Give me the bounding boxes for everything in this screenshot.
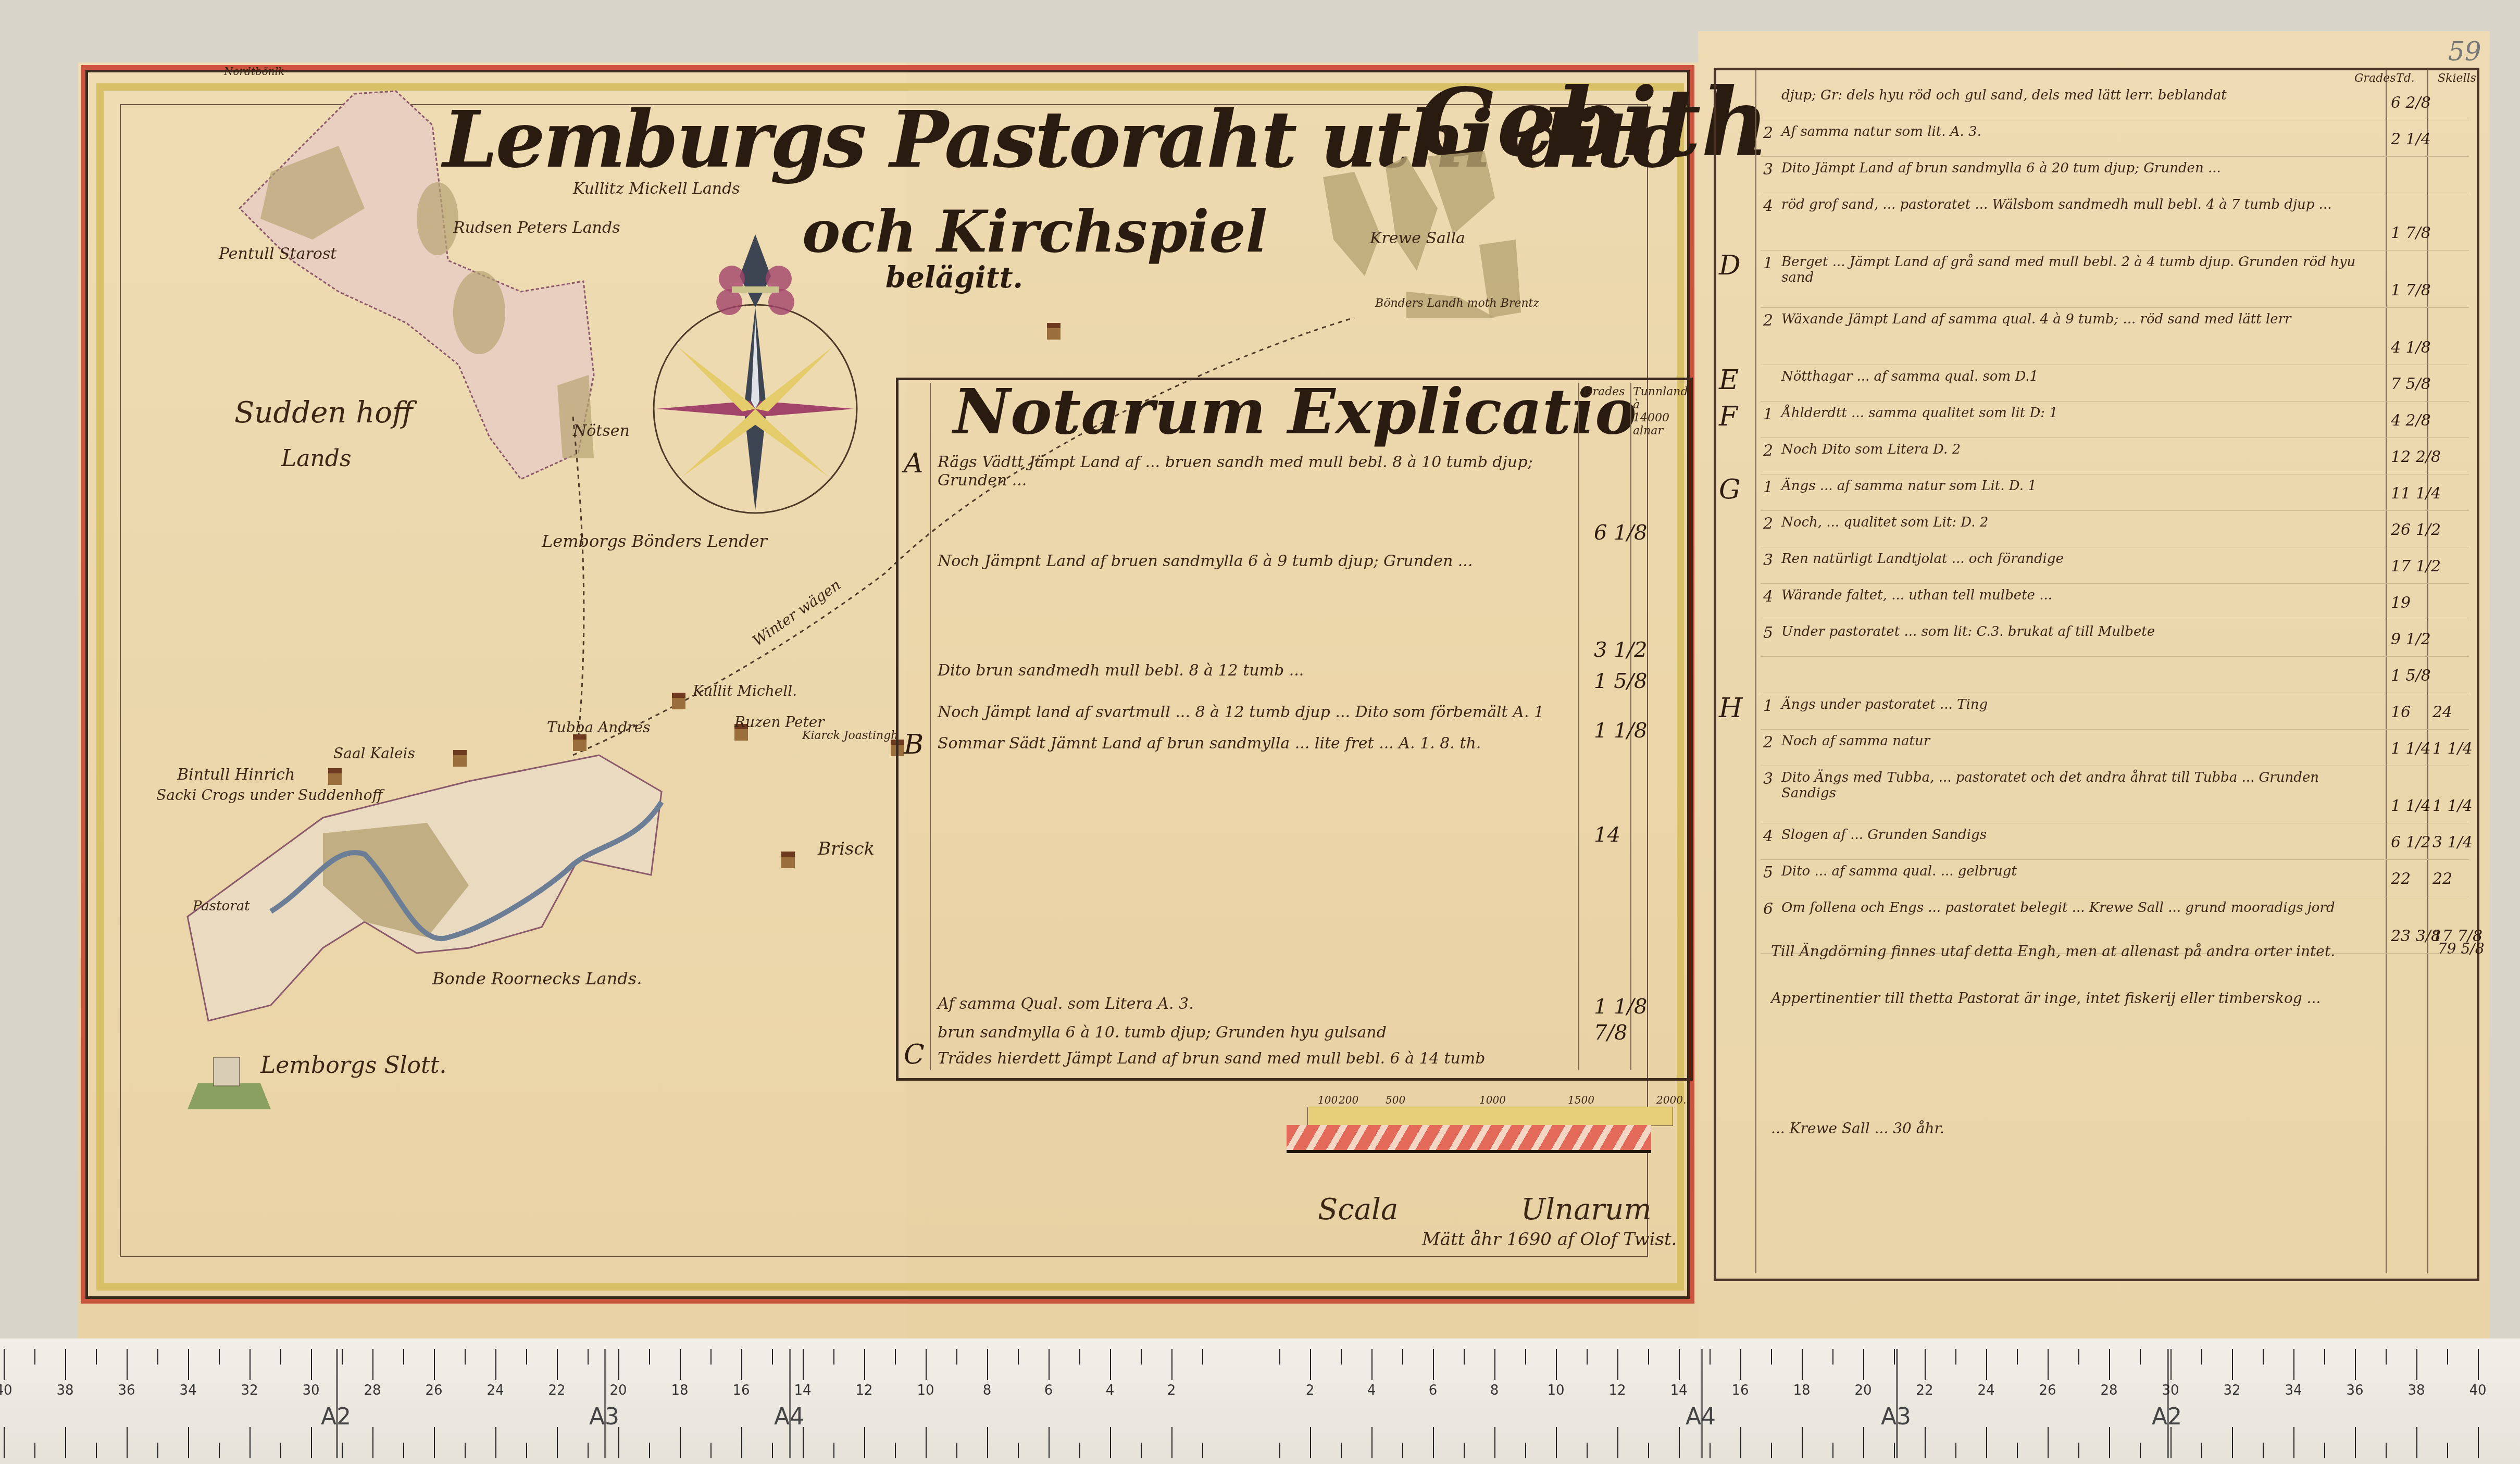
ruler-tick (1587, 1349, 1588, 1365)
ruler-tick (1494, 1427, 1495, 1458)
right-table-row: Åhlderdtt ... samma qualitet som lit D: … (1781, 405, 2365, 421)
ruler-tick (342, 1443, 343, 1458)
right-table-row: Slogen af ... Grunden Sandigs (1781, 827, 2365, 843)
label-saal-kaleis: Saal Kaleis (333, 745, 415, 762)
skiells-value: 24 (2432, 703, 2452, 721)
ruler-tick (1525, 1349, 1526, 1365)
house-icon (1047, 323, 1061, 340)
house-icon (328, 768, 342, 785)
row-divider (1761, 250, 2469, 251)
scale-bar-top (1307, 1107, 1673, 1126)
ruler-tick (2478, 1349, 2479, 1380)
ruler-tick (1464, 1443, 1465, 1458)
house-icon (672, 693, 685, 709)
ruler-tick (1202, 1443, 1203, 1458)
notarum-value: 14 (1594, 823, 1620, 847)
paper-size-line (604, 1349, 606, 1458)
measuring-ruler (0, 1338, 2520, 1464)
right-table-row: röd grof sand, ... pastoratet ... Wälsbo… (1781, 197, 2365, 212)
row-number: 5 (1763, 624, 1773, 642)
note-3: ... Krewe Sall ... 30 åhr. (1771, 1120, 2344, 1137)
scale-tick: 1500 (1568, 1094, 1594, 1106)
ruler-tick (2109, 1349, 2110, 1380)
ruler-number: 18 (1793, 1383, 1810, 1398)
scale-tick: 1000 (1479, 1094, 1506, 1106)
col-header-grades: Grades (2354, 72, 2396, 85)
ruler-tick (2232, 1427, 2233, 1458)
total-value: 79 5/8 (2438, 940, 2485, 957)
ruler-tick (2201, 1443, 2202, 1458)
ruler-number: 36 (118, 1383, 135, 1398)
notarum-row: Noch Jämpt land af svartmull ... 8 à 12 … (938, 703, 1563, 721)
ruler-tick (311, 1349, 312, 1380)
ruler-tick (188, 1349, 189, 1380)
ruler-tick (1018, 1349, 1019, 1365)
notarum-value: 7/8 (1594, 1021, 1627, 1045)
ruler-tick (1433, 1349, 1434, 1380)
scale-tick: 200 (1339, 1094, 1358, 1106)
row-divider (1761, 474, 2469, 474)
ruler-tick (1863, 1427, 1864, 1458)
row-divider (1761, 307, 2469, 308)
ruler-tick (2416, 1349, 2417, 1380)
row-number: 3 (1763, 160, 1773, 179)
ruler-tick (2416, 1427, 2417, 1458)
ruler-number: 32 (2223, 1383, 2240, 1398)
row-number: 4 (1763, 197, 1773, 215)
section-letter-a: A (904, 448, 924, 479)
ruler-tick (249, 1427, 251, 1458)
ruler-tick (65, 1427, 66, 1458)
ruler-tick (495, 1427, 496, 1458)
house-icon (573, 734, 587, 751)
right-table-row: djup; Gr: dels hyu röd och gul sand, del… (1781, 87, 2365, 103)
ruler-tick (1771, 1349, 1772, 1365)
ruler-tick (1079, 1443, 1080, 1458)
ruler-tick (403, 1443, 404, 1458)
ruler-tick (2355, 1427, 2356, 1458)
house-icon (453, 750, 467, 767)
ruler-number: 6 (1429, 1383, 1438, 1398)
ruler-tick (1894, 1443, 1895, 1458)
ruler-tick (34, 1349, 35, 1365)
ruler-tick (1049, 1349, 1050, 1380)
row-number: 2 (1763, 733, 1773, 752)
ruler-number: 12 (855, 1383, 872, 1398)
row-number: 1 (1763, 405, 1773, 423)
ruler-tick (1832, 1349, 1833, 1365)
td-value: 6 1/2 (2391, 833, 2431, 852)
ruler-number: 36 (2346, 1383, 2363, 1398)
row-number: 5 (1763, 864, 1773, 882)
label-rudsen-peters: Rudsen Peters Lands (453, 219, 620, 237)
row-divider (1761, 693, 2469, 693)
ruler-number: 34 (2285, 1383, 2302, 1398)
ruler-tick (1648, 1349, 1649, 1365)
ruler-tick (2078, 1443, 2079, 1458)
right-table-row: Nötthagar ... af samma qual. som D.1 (1781, 369, 2365, 384)
ruler-number: 24 (486, 1383, 504, 1398)
ruler-tick (864, 1427, 865, 1458)
section-letter-b: B (904, 729, 924, 760)
td-value: 4 1/8 (2391, 339, 2431, 357)
ruler-tick (1371, 1349, 1373, 1380)
ruler-tick (249, 1349, 251, 1380)
row-divider (1761, 583, 2469, 584)
ruler-number: 8 (983, 1383, 992, 1398)
td-value: 1 5/8 (2391, 667, 2431, 685)
ruler-tick (372, 1427, 373, 1458)
label-nordtbonlk: Nordtbönlk (224, 65, 284, 78)
ruler-tick (2201, 1349, 2202, 1365)
ruler-number: 8 (1490, 1383, 1499, 1398)
ruler-number: 32 (241, 1383, 258, 1398)
ruler-tick (741, 1349, 742, 1380)
notarum-value: 1 5/8 (1594, 669, 1648, 693)
ruler-tick (618, 1427, 619, 1458)
skiells-value: 22 (2432, 870, 2452, 888)
ruler-number: 10 (917, 1383, 934, 1398)
row-divider (1761, 365, 2469, 365)
ruler-tick (526, 1443, 527, 1458)
ruler-tick (495, 1349, 496, 1380)
ruler-tick (1556, 1427, 1557, 1458)
ruler-number: 18 (671, 1383, 688, 1398)
ruler-number: 12 (1608, 1383, 1626, 1398)
notarum-row: Af samma Qual. som Litera A. 3. (938, 995, 1563, 1013)
ruler-tick (1049, 1427, 1050, 1458)
row-divider (1761, 656, 2469, 657)
ruler-tick (618, 1349, 619, 1380)
right-table-row: Ängs under pastoratet ... Ting (1781, 697, 2365, 712)
ruler-tick (2170, 1349, 2172, 1380)
ruler-number: 34 (179, 1383, 196, 1398)
notarum-row: Dito brun sandmedh mull bebl. 8 à 12 tum… (938, 661, 1563, 680)
label-brisck: Brisck (818, 839, 875, 859)
note-2: Appertinentier till thetta Pastorat är i… (1771, 990, 2344, 1007)
ruler-tick (2324, 1349, 2325, 1365)
row-divider (1761, 510, 2469, 511)
column-divider (930, 383, 931, 1070)
ruler-tick (1710, 1443, 1711, 1458)
ruler-tick (2324, 1443, 2325, 1458)
ruler-number: 14 (1670, 1383, 1687, 1398)
ruler-tick (2109, 1427, 2110, 1458)
label-ruzen-peter: Ruzen Peter (734, 714, 825, 731)
td-value: 17 1/2 (2391, 557, 2441, 575)
row-number: 2 (1763, 311, 1773, 330)
ruler-tick (895, 1443, 896, 1458)
ruler-number: 28 (2100, 1383, 2117, 1398)
ruler-number: 30 (2162, 1383, 2179, 1398)
ruler-tick (2293, 1427, 2294, 1458)
notarum-value: 6 1/8 (1594, 521, 1648, 545)
label-bonders-land: Bönders Landh moth Brentz (1375, 297, 1539, 310)
paper-size-line (2167, 1349, 2169, 1458)
ruler-tick (772, 1349, 773, 1365)
ruler-tick (1617, 1349, 1618, 1380)
ruler-tick (403, 1349, 404, 1365)
label-kullitz-mickell: Kullitz Mickell Lands (573, 180, 740, 198)
right-table-row: Dito Ängs med Tubba, ... pastoratet och … (1781, 770, 2365, 801)
skiells-value: 3 1/4 (2432, 833, 2473, 852)
notarum-row: Rägs Vädtt Jämpt Land af ... bruen sandh… (938, 453, 1563, 490)
ruler-tick (588, 1443, 589, 1458)
skiells-value: 1 1/4 (2432, 797, 2473, 815)
col-header-grades: Grades (1583, 385, 1625, 398)
ruler-number: 16 (1731, 1383, 1749, 1398)
row-divider (1761, 120, 2469, 120)
label-sudden-hoff: Sudden hoff (234, 396, 413, 430)
notarum-value: 1 1/8 (1594, 719, 1648, 743)
ruler-tick (1832, 1443, 1833, 1458)
ruler-tick (219, 1443, 220, 1458)
scale-unit-label: Ulnarum (1521, 1193, 1652, 1227)
ruler-tick (1310, 1427, 1311, 1458)
right-table-row: Ängs ... af samma natur som Lit. D. 1 (1781, 478, 2365, 494)
ruler-number: 4 (1106, 1383, 1115, 1398)
ruler-tick (1648, 1443, 1649, 1458)
ruler-tick (680, 1427, 681, 1458)
td-value: 2 1/4 (2391, 130, 2431, 148)
ruler-tick (4, 1427, 5, 1458)
ruler-tick (1279, 1349, 1280, 1365)
ruler-tick (1617, 1427, 1618, 1458)
row-divider (1761, 437, 2469, 438)
label-krewe-salla: Krewe Salla (1370, 229, 1465, 247)
row-divider (1761, 823, 2469, 823)
ruler-number: 14 (794, 1383, 811, 1398)
ruler-tick (372, 1349, 373, 1380)
ruler-tick (741, 1427, 742, 1458)
ruler-tick (2447, 1349, 2448, 1365)
ruler-number: 40 (0, 1383, 13, 1398)
label-pentull-starost: Pentull Starost (219, 245, 336, 263)
ruler-tick (96, 1349, 97, 1365)
td-value: 1 1/4 (2391, 740, 2431, 758)
row-divider (1761, 547, 2469, 547)
ruler-tick (1986, 1427, 1987, 1458)
right-table-row: Ren natürligt Landtjolat ... och förandi… (1781, 551, 2365, 567)
scale-tick: 500 (1386, 1094, 1405, 1106)
label-bintull-hinrich: Bintull Hinrich (177, 766, 295, 784)
right-table-row: Noch Dito som Litera D. 2 (1781, 442, 2365, 457)
ruler-tick (157, 1349, 158, 1365)
td-value: 7 5/8 (2391, 375, 2431, 393)
ruler-tick (1402, 1443, 1403, 1458)
td-value: 12 2/8 (2391, 448, 2441, 466)
ruler-tick (2478, 1427, 2479, 1458)
right-table-row: Noch, ... qualitet som Lit: D. 2 (1781, 515, 2365, 530)
ruler-tick (311, 1427, 312, 1458)
td-value: 1 7/8 (2391, 224, 2431, 242)
ruler-tick (1464, 1349, 1465, 1365)
ruler-tick (1018, 1443, 1019, 1458)
row-number: 3 (1763, 770, 1773, 788)
ruler-number: 20 (1854, 1383, 1872, 1398)
ruler-tick (280, 1349, 281, 1365)
ruler-tick (2048, 1349, 2049, 1380)
skiells-value: 1 1/4 (2432, 740, 2473, 758)
ruler-tick (2386, 1349, 2387, 1365)
ruler-tick (4, 1349, 5, 1380)
ruler-tick (1279, 1443, 1280, 1458)
col-header-skiells: Skiells (2438, 72, 2476, 85)
ruler-tick (1079, 1349, 1080, 1365)
td-value: 4 2/8 (2391, 411, 2431, 430)
ruler-tick (803, 1349, 804, 1380)
label-lands: Lands (281, 445, 352, 472)
td-value: 1 7/8 (2391, 281, 2431, 299)
row-divider (1761, 859, 2469, 860)
ruler-tick (557, 1349, 558, 1380)
ruler-tick (710, 1349, 712, 1365)
ruler-tick (1341, 1349, 1342, 1365)
ruler-tick (96, 1443, 97, 1458)
ruler-tick (2263, 1443, 2264, 1458)
ruler-number: 4 (1367, 1383, 1376, 1398)
ruler-tick (2355, 1349, 2356, 1380)
ruler-tick (803, 1427, 804, 1458)
paper-size-line (1701, 1349, 1703, 1458)
row-number: 2 (1763, 124, 1773, 142)
td-value: 19 (2391, 594, 2411, 612)
ruler-tick (342, 1349, 343, 1365)
house-icon (781, 852, 795, 868)
label-pastorat: Pastorat (193, 898, 250, 914)
ruler-tick (926, 1349, 927, 1380)
notarum-value: 3 1/2 (1594, 638, 1648, 662)
ruler-tick (588, 1349, 589, 1365)
ruler-tick (987, 1427, 988, 1458)
ruler-number: 20 (609, 1383, 627, 1398)
ruler-tick (1802, 1427, 1803, 1458)
paper-size-line (789, 1349, 791, 1458)
ruler-number: 2 (1167, 1383, 1176, 1398)
ruler-tick (1679, 1349, 1680, 1380)
row-divider (1761, 193, 2469, 193)
ruler-tick (1986, 1349, 1987, 1380)
right-table-row: Dito Jämpt Land af brun sandmylla 6 à 20… (1781, 160, 2365, 176)
row-number: 6 (1763, 900, 1773, 918)
notarum-title: Notarum Explicatio (953, 375, 1637, 448)
ruler-tick (2447, 1443, 2448, 1458)
ruler-tick (2232, 1349, 2233, 1380)
ruler-tick (2140, 1443, 2141, 1458)
row-divider (1761, 156, 2469, 157)
ruler-tick (465, 1349, 466, 1365)
row-number: 4 (1763, 587, 1773, 606)
ruler-tick (649, 1443, 650, 1458)
row-letter: G (1719, 474, 1741, 505)
td-value: 22 (2391, 870, 2411, 888)
row-divider (1761, 766, 2469, 766)
parcel-inset-2 (1386, 156, 1438, 271)
ruler-tick (833, 1443, 834, 1458)
right-table-row: Om follena och Engs ... pastoratet beleg… (1781, 900, 2365, 916)
ruler-number: 38 (2407, 1383, 2425, 1398)
label-kullit-michell: Kullit Michell. (693, 682, 797, 699)
row-divider (1761, 729, 2469, 730)
ruler-tick (956, 1349, 957, 1365)
column-divider (1755, 70, 1756, 1273)
notarum-value: 1 1/8 (1594, 995, 1648, 1019)
notarum-row: brun sandmylla 6 à 10. tumb djup; Grunde… (938, 1023, 1563, 1042)
ruler-number: 10 (1547, 1383, 1564, 1398)
ruler-tick (1587, 1443, 1588, 1458)
ruler-tick (1202, 1349, 1203, 1365)
scale-bar-hatch (1287, 1125, 1651, 1153)
column-divider (1578, 383, 1579, 1070)
ruler-tick (2293, 1349, 2294, 1380)
row-divider (1761, 401, 2469, 402)
ruler-tick (1740, 1427, 1741, 1458)
ruler-tick (127, 1349, 128, 1380)
ruler-tick (34, 1443, 35, 1458)
ruler-tick (2263, 1349, 2264, 1365)
row-number: 2 (1763, 515, 1773, 533)
ruler-tick (1141, 1349, 1142, 1365)
ruler-number: 22 (548, 1383, 565, 1398)
label-bonde-roorneck: Bonde Roornecks Lands. (432, 969, 642, 988)
td-value: 1 1/4 (2391, 797, 2431, 815)
ruler-tick (2017, 1349, 2018, 1365)
label-lemborgs-slott: Lemborgs Slott. (260, 1052, 446, 1079)
ruler-tick (1310, 1349, 1311, 1380)
ruler-tick (710, 1443, 712, 1458)
td-value: 26 1/2 (2391, 521, 2441, 539)
notarum-row: Sommar Sädt Jämnt Land af brun sandmylla… (938, 734, 1563, 753)
paper-size-line (1896, 1349, 1898, 1458)
ruler-tick (1171, 1427, 1172, 1458)
right-table-row: Under pastoratet ... som lit: C.3. bruka… (1781, 624, 2365, 640)
row-letter: H (1719, 693, 1742, 724)
label-lemborgs-bonders: Lemborgs Bönders Lender (542, 531, 767, 551)
note-1: Till Ängdörning finnes utaf detta Engh, … (1771, 943, 2344, 960)
col-header-td: Td. (2396, 72, 2415, 85)
ruler-number: 26 (2039, 1383, 2056, 1398)
ruler-tick (987, 1349, 988, 1380)
right-table-row: Wärande faltet, ... uthan tell mulbete .… (1781, 587, 2365, 603)
row-letter: E (1719, 365, 1739, 396)
scale-tick: 100. (1318, 1094, 1341, 1106)
parcel-inset-3 (1427, 151, 1495, 234)
ruler-number: 28 (364, 1383, 381, 1398)
td-value: 11 1/4 (2391, 484, 2441, 503)
paper-size-line (336, 1349, 338, 1458)
ruler-number: 2 (1306, 1383, 1315, 1398)
row-divider (1761, 620, 2469, 620)
ruler-tick (434, 1427, 435, 1458)
row-number: 1 (1763, 697, 1773, 715)
ruler-tick (1894, 1349, 1895, 1365)
row-number: 4 (1763, 827, 1773, 845)
ruler-tick (1371, 1427, 1373, 1458)
ruler-tick (1863, 1349, 1864, 1380)
road-path (573, 417, 584, 740)
row-letter: D (1719, 250, 1741, 281)
ruler-tick (1110, 1349, 1111, 1380)
ruler-tick (1710, 1349, 1711, 1365)
label-tubba-andres: Tubba Andres (547, 719, 651, 736)
right-table-row: Af samma natur som lit. A. 3. (1781, 124, 2365, 140)
ruler-tick (465, 1443, 466, 1458)
column-divider (2386, 70, 2387, 1273)
label-sacki-crogs: Sacki Crogs under Suddenhoff (156, 786, 382, 804)
ruler-tick (434, 1349, 435, 1380)
ruler-tick (219, 1349, 220, 1365)
col-header-tunnland: Tunnland à 14000 alnar (1633, 385, 1680, 437)
